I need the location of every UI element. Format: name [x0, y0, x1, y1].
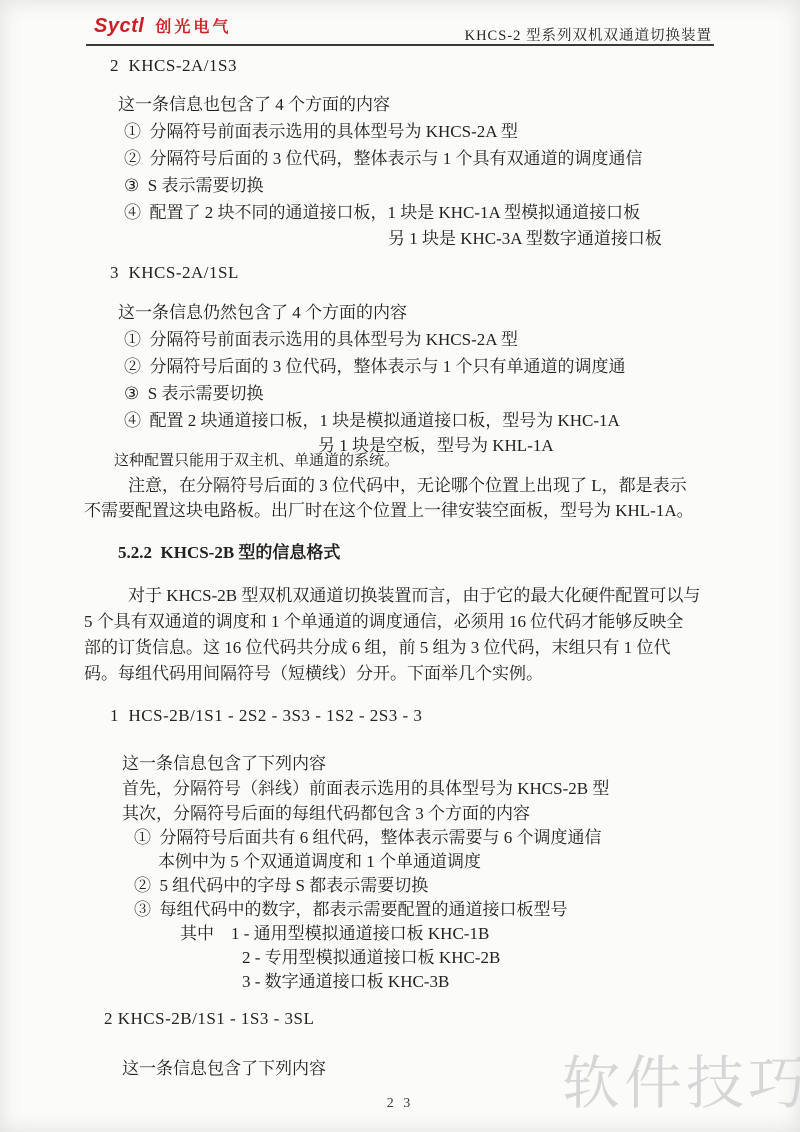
example2-point3: ③ S 表示需要切换: [124, 173, 263, 198]
section-522-para-line4: 码。每组代码用间隔符号（短横线）分开。下面举几个实例。: [84, 661, 543, 686]
header-rule: [86, 44, 714, 46]
example2b2-intro: 这一条信息包含了下列内容: [122, 1056, 326, 1081]
page-number: 2 3: [0, 1096, 800, 1112]
example3-heading: 3 KHCS-2A/1SL: [110, 260, 239, 285]
example2b2-heading: 2 KHCS-2B/1S1 - 1S3 - 3SL: [104, 1006, 314, 1031]
section-522-para-line3: 部的订货信息。这 16 位代码共分成 6 组，前 5 组为 3 位代码，末组只有…: [84, 635, 671, 660]
example2-point2: ② 分隔符号后面的 3 位代码，整体表示与 1 个具有双通道的调度通信: [124, 146, 643, 171]
brand-logo: Syctl 创光电气: [94, 14, 231, 38]
example2b1-point1: ① 分隔符号后面共有 6 组代码，整体表示需要与 6 个调度通信: [134, 825, 602, 850]
example3-point1: ① 分隔符号前面表示选用的具体型号为 KHCS-2A 型: [124, 327, 518, 352]
example2-heading: 2 KHCS-2A/1S3: [110, 53, 237, 78]
example3-note: 这种配置只能用于双主机、单通道的系统。: [114, 449, 399, 474]
example2b1-point1-continuation: 本例中为 5 个双通道调度和 1 个单通道调度: [158, 849, 481, 874]
document-page: Syctl 创光电气 KHCS-2 型系列双机双通道切换装置 2 KHCS-2A…: [0, 0, 800, 1132]
document-header-title: KHCS-2 型系列双机双通道切换装置: [465, 24, 712, 45]
example2b1-point3: ③ 每组代码中的数字，都表示需要配置的通道接口板型号: [134, 897, 568, 922]
example3-point3: ③ S 表示需要切换: [124, 381, 263, 406]
brand-logo-chinese: 创光电气: [155, 19, 231, 36]
example2-point4: ④ 配置了 2 块不同的通道接口板，1 块是 KHC-1A 型模拟通道接口板: [124, 200, 640, 225]
example3-intro: 这一条信息仍然包含了 4 个方面的内容: [118, 300, 407, 325]
example2b1-intro: 这一条信息包含了下列内容: [122, 751, 326, 776]
example2b1-line-first: 首先，分隔符号（斜线）前面表示选用的具体型号为 KHCS-2B 型: [122, 776, 609, 801]
example2b1-board1: 其中 1 - 通用型模拟通道接口板 KHC-1B: [180, 921, 489, 946]
example3-point2: ② 分隔符号后面的 3 位代码，整体表示与 1 个只有单通道的调度通: [124, 354, 626, 379]
example3-point4: ④ 配置 2 块通道接口板，1 块是模拟通道接口板，型号为 KHC-1A: [124, 408, 620, 433]
example2-point4-continuation: 另 1 块是 KHC-3A 型数字通道接口板: [388, 226, 662, 251]
example2b1-board3: 3 - 数字通道接口板 KHC-3B: [242, 969, 449, 994]
section-522-para-line2: 5 个具有双通道的调度和 1 个单通道的调度通信，必须用 16 位代码才能够反映…: [84, 609, 683, 634]
brand-logo-latin: Syctl: [94, 15, 144, 37]
caution-line1: 注意，在分隔符号后面的 3 位代码中，无论哪个位置上出现了 L，都是表示: [128, 473, 687, 498]
example2b1-heading: 1 HCS-2B/1S1 - 2S2 - 3S3 - 1S2 - 2S3 - 3: [110, 703, 422, 728]
example2b1-board2: 2 - 专用型模拟通道接口板 KHC-2B: [242, 945, 500, 970]
example2-intro: 这一条信息也包含了 4 个方面的内容: [118, 92, 390, 117]
section-522-para-line1: 对于 KHCS-2B 型双机双通道切换装置而言，由于它的最大化硬件配置可以与: [128, 583, 700, 608]
section-522-heading: 5.2.2 KHCS-2B 型的信息格式: [118, 540, 340, 565]
example2-point1: ① 分隔符号前面表示选用的具体型号为 KHCS-2A 型: [124, 119, 518, 144]
example2b1-line-second: 其次，分隔符号后面的每组代码都包含 3 个方面的内容: [122, 801, 530, 826]
caution-line2: 不需要配置这块电路板。出厂时在这个位置上一律安装空面板，型号为 KHL-1A。: [84, 498, 694, 523]
example2b1-point2: ② 5 组代码中的字母 S 都表示需要切换: [134, 873, 428, 898]
